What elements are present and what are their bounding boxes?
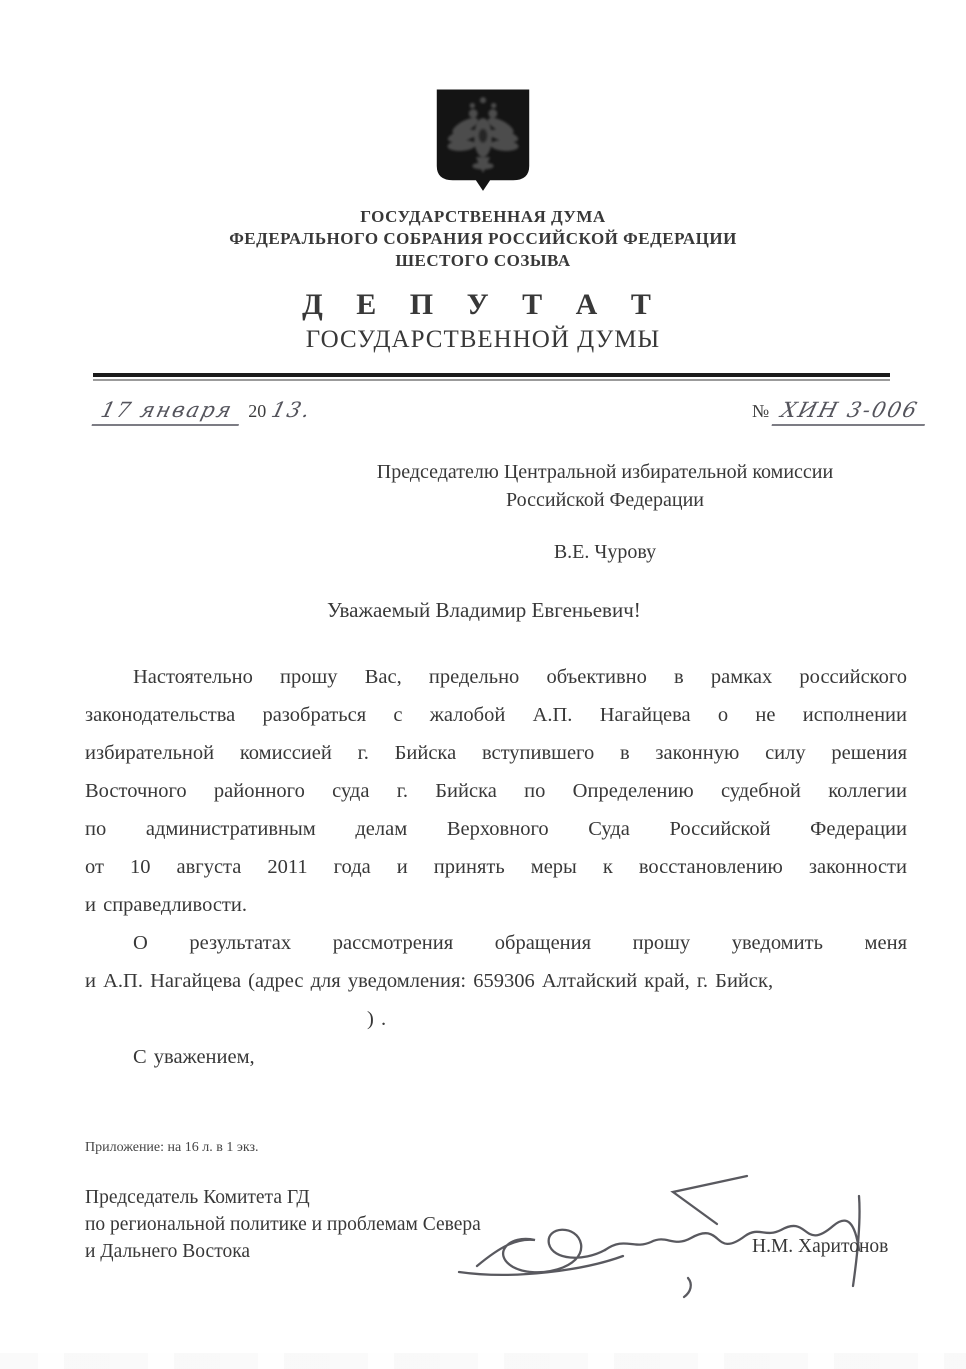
- addressee-line2: Российской Федерации: [300, 486, 910, 514]
- body-line: от 10 августа 2011 года и принять меры к…: [85, 848, 907, 886]
- addressee-block: Председателю Центральной избирательной к…: [300, 458, 910, 566]
- closing-line: С уважением,: [133, 1038, 907, 1076]
- body-line: избирательной комиссией г. Бийска вступи…: [85, 734, 907, 772]
- divider-thin-line: [93, 379, 890, 381]
- letter-body: Настоятельно прошу Вас, предельно объект…: [85, 658, 907, 1076]
- body-line: Настоятельно прошу Вас, предельно объект…: [85, 658, 907, 696]
- emblem-container: [0, 86, 966, 203]
- body-line: законодательства разобраться с жалобой А…: [85, 696, 907, 734]
- attachment-note: Приложение: на 16 л. в 1 экз.: [85, 1140, 259, 1156]
- date-year-prefix: 20: [248, 401, 266, 422]
- handwritten-number: ХИН 3-006: [772, 398, 932, 426]
- russia-coat-of-arms-icon: [427, 86, 539, 198]
- meta-row: 17 января 20 13. № ХИН 3-006: [95, 398, 928, 426]
- number-field: № ХИН 3-006: [752, 398, 928, 426]
- body-line: О результатах рассмотрения обращения про…: [85, 924, 907, 962]
- paragraph-1: Настоятельно прошу Вас, предельно объект…: [85, 658, 907, 924]
- body-line: и справедливости.: [85, 886, 907, 924]
- deputy-subtitle: ГОСУДАРСТВЕННОЙ ДУМЫ: [0, 325, 966, 355]
- paren-close-line: ) .: [367, 1000, 907, 1038]
- signer-name: Н.М. Харитонов: [752, 1236, 888, 1258]
- org-name-line1: ГОСУДАРСТВЕННАЯ ДУМА: [0, 206, 966, 228]
- salutation: Уважаемый Владимир Евгеньевич!: [327, 598, 641, 623]
- org-name-line3: ШЕСТОГО СОЗЫВА: [0, 250, 966, 272]
- body-line: и А.П. Нагайцева (адрес для уведомления:…: [85, 962, 907, 1000]
- handwritten-date: 17 января: [92, 398, 246, 426]
- deputy-title: Д Е П У Т А Т: [0, 288, 966, 322]
- signature-icon: [455, 1166, 905, 1301]
- addressee-name: В.Е. Чурову: [300, 538, 910, 566]
- letterhead-divider: [93, 373, 890, 381]
- handwritten-year: 13.: [269, 398, 314, 422]
- scanned-letter-page: ГОСУДАРСТВЕННАЯ ДУМА ФЕДЕРАЛЬНОГО СОБРАН…: [0, 0, 966, 1369]
- letterhead: ГОСУДАРСТВЕННАЯ ДУМА ФЕДЕРАЛЬНОГО СОБРАН…: [0, 206, 966, 355]
- addressee-line1: Председателю Центральной избирательной к…: [300, 458, 910, 486]
- org-name-line2: ФЕДЕРАЛЬНОГО СОБРАНИЯ РОССИЙСКОЙ ФЕДЕРАЦ…: [0, 228, 966, 250]
- date-field: 17 января 20 13.: [95, 398, 312, 426]
- number-label: №: [752, 401, 769, 422]
- body-line: по административным делам Верховного Суд…: [85, 810, 907, 848]
- body-line: Восточного районного суда г. Бийска по О…: [85, 772, 907, 810]
- divider-thick-line: [93, 373, 890, 377]
- paragraph-2: О результатах рассмотрения обращения про…: [85, 924, 907, 1000]
- scan-artifact-band: [0, 1353, 966, 1369]
